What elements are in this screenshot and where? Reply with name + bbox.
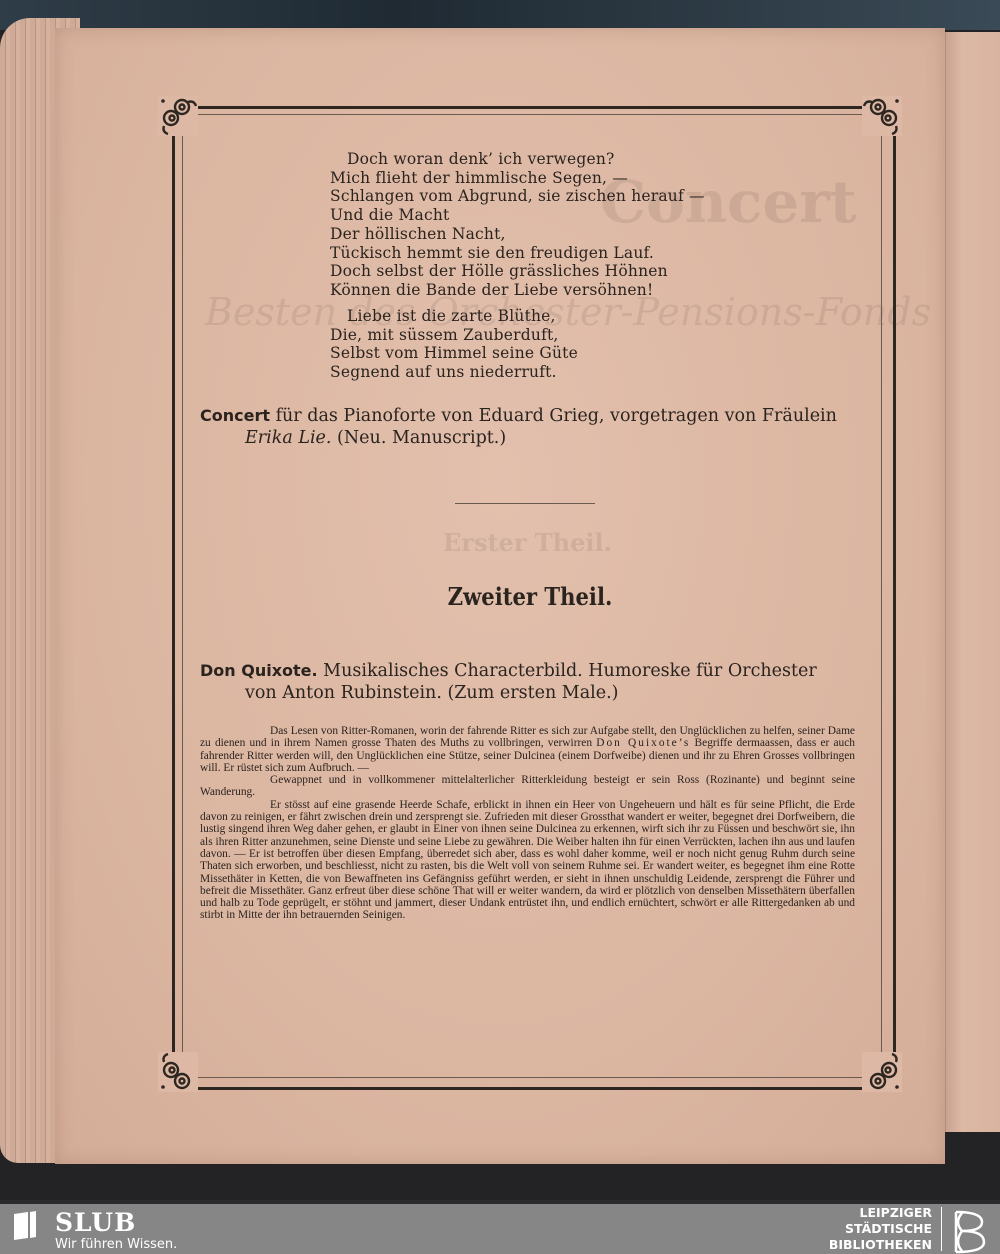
slub-logo-text[interactable]: SLUB (55, 1208, 136, 1237)
lsb-b-logo-icon (952, 1210, 988, 1254)
book-cover-edge (0, 0, 1000, 30)
poem-line: Doch selbst der Hölle grässliches Höhnen (330, 262, 705, 281)
lsb-logo-text[interactable]: LEIPZIGER STÄDTISCHE BIBLIOTHEKEN (829, 1205, 932, 1253)
ornament-corner-bottom-right-icon (862, 1052, 902, 1092)
program-entry-concert: Concert für das Pianoforte von Eduard Gr… (200, 405, 860, 449)
ornament-corner-top-left-icon (158, 96, 198, 136)
poem-line: Die, mit süssem Zauberduft, (330, 326, 578, 345)
notes-paragraph: Gewappnet und in vollkommener mittelalte… (200, 774, 855, 799)
entry-note: (Neu. Manuscript.) (331, 428, 506, 448)
slub-tagline: Wir führen Wissen. (55, 1237, 177, 1252)
poem-line: Mich flieht der himmlische Segen, — (330, 169, 705, 188)
entry-title: Don Quixote. (200, 661, 318, 680)
entry-title: Concert (200, 406, 270, 425)
poem-line: Doch woran denk’ ich verwegen? (330, 150, 705, 169)
program-notes: Das Lesen von Ritter-Romanen, worin der … (200, 725, 855, 922)
poem-line: Selbst vom Himmel seine Güte (330, 344, 578, 363)
poem-line: Können die Bande der Liebe versöhnen! (330, 281, 705, 300)
notes-paragraph: Das Lesen von Ritter-Romanen, worin der … (200, 725, 855, 774)
poem-line: Der höllischen Nacht, (330, 225, 705, 244)
ornament-corner-bottom-left-icon (158, 1052, 198, 1092)
poem-line: Segnend auf uns niederruft. (330, 363, 578, 382)
poem-line: Schlangen vom Abgrund, sie zischen herau… (330, 187, 705, 206)
poem-stanza-2: Liebe ist die zarte Blüthe, Die, mit süs… (330, 307, 578, 382)
slub-book-icon (12, 1210, 38, 1240)
section-title: Zweiter Theil. (240, 582, 821, 611)
footer-divider (941, 1207, 942, 1251)
notes-paragraph: Er stösst auf eine grasende Heerde Schaf… (200, 799, 855, 922)
poem-line: Und die Macht (330, 206, 705, 225)
poem-stanza-1: Doch woran denk’ ich verwegen? Mich flie… (330, 150, 705, 300)
section-divider (455, 503, 595, 504)
entry-composer: von Anton Rubinstein. (Zum ersten Male.) (200, 682, 860, 704)
page-stack-right (945, 32, 1000, 1132)
entry-description: für das Pianoforte von Eduard Grieg, vor… (270, 406, 837, 426)
entry-performer: Erika Lie. (245, 428, 331, 448)
poem-line: Liebe ist die zarte Blüthe, (330, 307, 578, 326)
viewer-footer: SLUB Wir führen Wissen. LEIPZIGER STÄDTI… (0, 1204, 1000, 1254)
entry-description: Musikalisches Characterbild. Humoreske f… (318, 661, 817, 681)
poem-line: Tückisch hemmt sie den freudigen Lauf. (330, 244, 705, 263)
ornament-corner-top-right-icon (862, 96, 902, 136)
program-entry-don-quixote: Don Quixote. Musikalisches Characterbild… (200, 660, 860, 704)
book-scan: Concert Besten des Orchester-Pensions-Fo… (0, 0, 1000, 1200)
